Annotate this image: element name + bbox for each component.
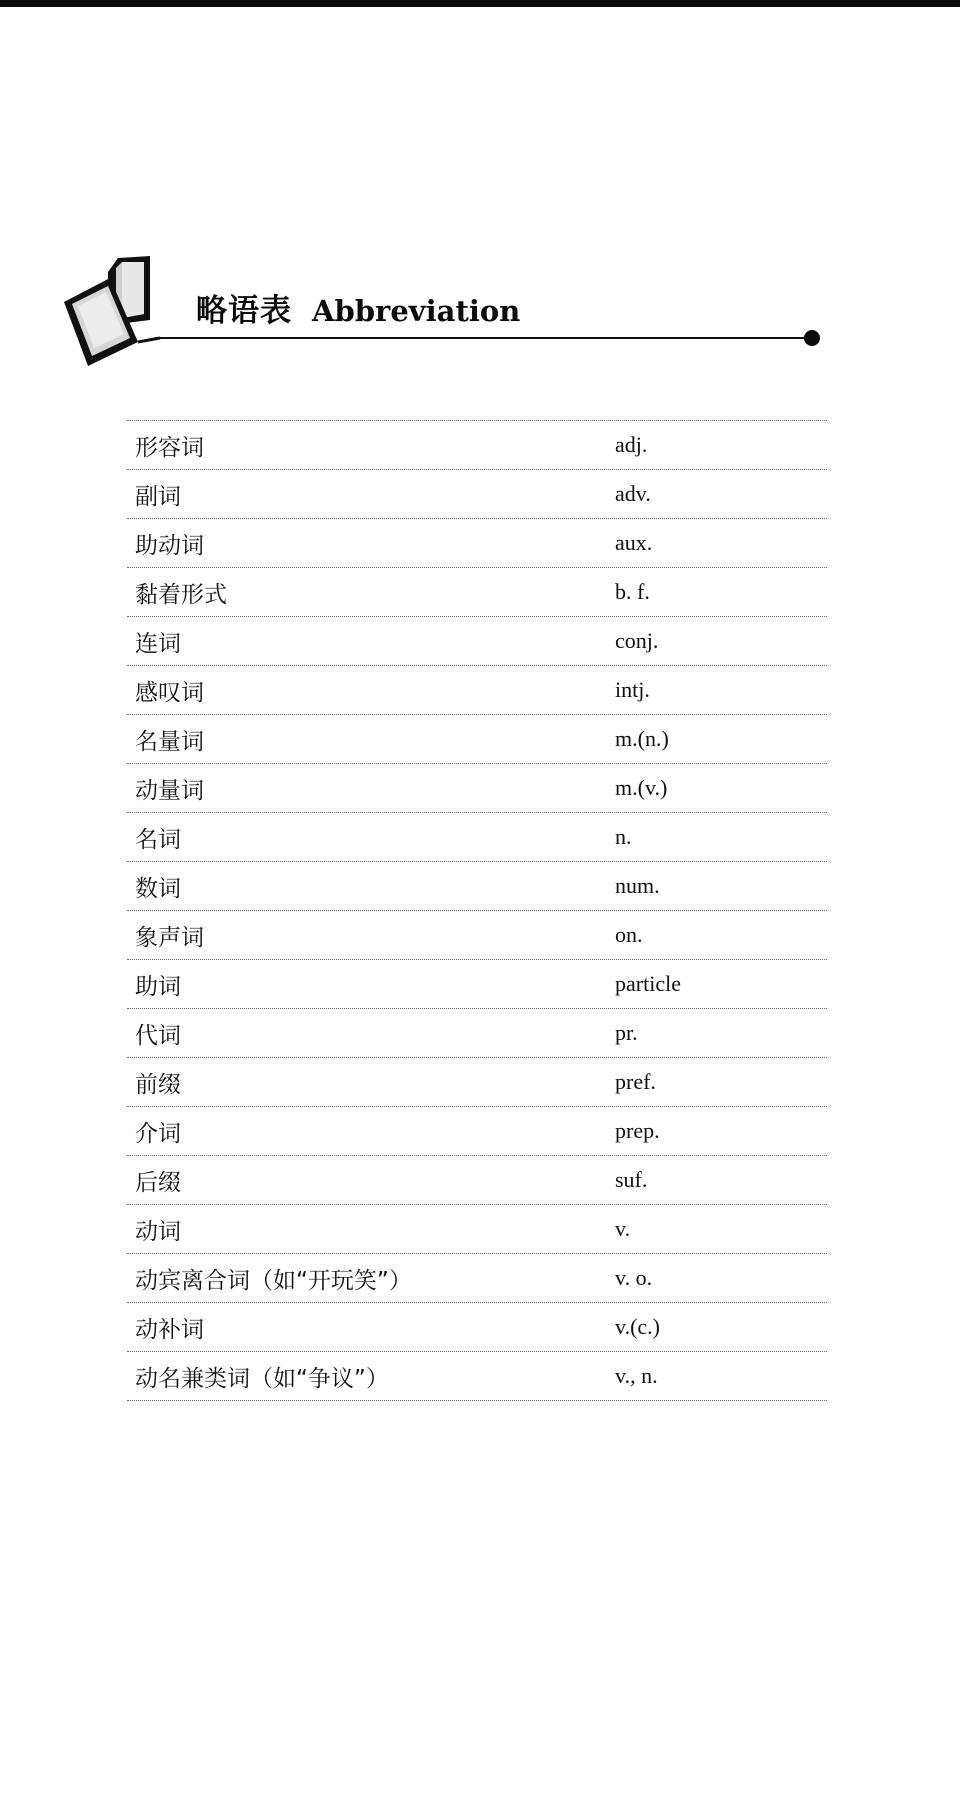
- term-cell: 形容词: [127, 429, 615, 462]
- table-row: 名量词m.(n.): [127, 715, 827, 764]
- table-row: 助动词aux.: [127, 519, 827, 568]
- abbr-cell: num.: [615, 873, 660, 899]
- term-cell: 助动词: [127, 527, 615, 560]
- term-cell: 动词: [127, 1213, 615, 1246]
- table-row: 连词conj.: [127, 617, 827, 666]
- table-row: 数词num.: [127, 862, 827, 911]
- table-row: 动宾离合词（如“开玩笑”）v. o.: [127, 1254, 827, 1303]
- table-row: 副词adv.: [127, 470, 827, 519]
- term-cell: 黏着形式: [127, 576, 615, 609]
- abbr-cell: aux.: [615, 530, 652, 556]
- table-row: 名词n.: [127, 813, 827, 862]
- abbr-cell: adv.: [615, 481, 651, 507]
- table-row: 动补词v.(c.): [127, 1303, 827, 1352]
- abbr-cell: v. o.: [615, 1265, 652, 1291]
- table-row: 感叹词intj.: [127, 666, 827, 715]
- abbr-cell: prep.: [615, 1118, 660, 1144]
- term-cell: 代词: [127, 1017, 615, 1050]
- table-row: 象声词on.: [127, 911, 827, 960]
- table-row: 后缀suf.: [127, 1156, 827, 1205]
- abbr-cell: adj.: [615, 432, 647, 458]
- page-title: 略语表Abbreviation: [196, 285, 520, 329]
- table-row: 前缀pref.: [127, 1058, 827, 1107]
- term-cell: 象声词: [127, 919, 615, 952]
- abbr-cell: m.(n.): [615, 726, 669, 752]
- abbr-cell: suf.: [615, 1167, 647, 1193]
- table-row: 介词prep.: [127, 1107, 827, 1156]
- page-top-border: [0, 0, 960, 7]
- open-book-icon: [60, 250, 180, 370]
- abbr-cell: v.(c.): [615, 1314, 660, 1340]
- table-row: 代词pr.: [127, 1009, 827, 1058]
- abbr-cell: intj.: [615, 677, 650, 703]
- abbr-cell: pr.: [615, 1020, 638, 1046]
- abbr-cell: v., n.: [615, 1363, 658, 1389]
- term-cell: 连词: [127, 625, 615, 658]
- abbr-cell: b. f.: [615, 579, 650, 605]
- abbr-cell: pref.: [615, 1069, 656, 1095]
- table-row: 动量词m.(v.): [127, 764, 827, 813]
- table-row: 黏着形式b. f.: [127, 568, 827, 617]
- term-cell: 助词: [127, 968, 615, 1001]
- term-cell: 名量词: [127, 723, 615, 756]
- term-cell: 前缀: [127, 1066, 615, 1099]
- abbr-cell: v.: [615, 1216, 630, 1242]
- term-cell: 动宾离合词（如“开玩笑”）: [127, 1262, 615, 1295]
- term-cell: 动补词: [127, 1311, 615, 1344]
- term-cell: 介词: [127, 1115, 615, 1148]
- abbr-cell: on.: [615, 922, 643, 948]
- table-row: 助词particle: [127, 960, 827, 1009]
- rule-end-dot: [804, 330, 820, 346]
- abbr-cell: m.(v.): [615, 775, 667, 801]
- title-chinese: 略语表: [196, 293, 292, 329]
- term-cell: 动量词: [127, 772, 615, 805]
- term-cell: 动名兼类词（如“争议”）: [127, 1360, 615, 1393]
- term-cell: 副词: [127, 478, 615, 511]
- abbr-cell: n.: [615, 824, 632, 850]
- abbr-cell: conj.: [615, 628, 658, 654]
- abbreviation-table: 形容词adj. 副词adv. 助动词aux. 黏着形式b. f. 连词conj.…: [127, 420, 827, 1401]
- title-english: Abbreviation: [312, 294, 520, 328]
- abbr-cell: particle: [615, 971, 681, 997]
- table-row: 动名兼类词（如“争议”）v., n.: [127, 1352, 827, 1401]
- term-cell: 名词: [127, 821, 615, 854]
- term-cell: 后缀: [127, 1164, 615, 1197]
- term-cell: 感叹词: [127, 674, 615, 707]
- header-rule: [155, 337, 810, 339]
- term-cell: 数词: [127, 870, 615, 903]
- table-row: 形容词adj.: [127, 421, 827, 470]
- table-row: 动词v.: [127, 1205, 827, 1254]
